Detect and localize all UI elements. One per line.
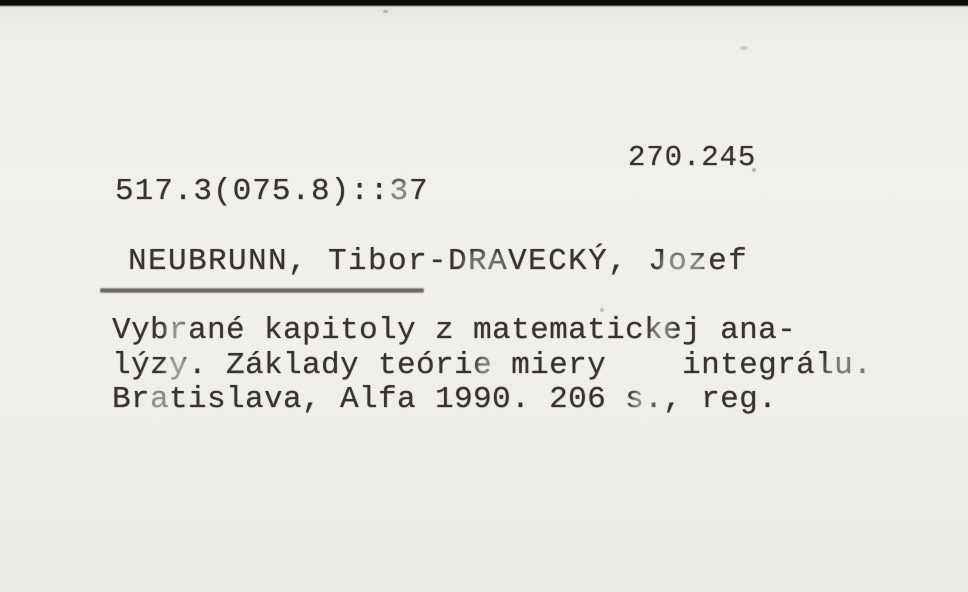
author-underline — [100, 288, 424, 293]
paper-speck — [740, 46, 748, 50]
scan-edge-bar — [0, 0, 968, 7]
scanned-catalog-card: 270.245 517.3(075.8)::37 NEUBRUNN, Tibor… — [0, 0, 968, 592]
accession-number: 270.245 — [628, 143, 756, 172]
paper-speck — [383, 10, 388, 13]
author-heading: NEUBRUNN, Tibor-DRAVECKÝ, Jozef — [128, 246, 748, 277]
classification-number: 517.3(075.8)::37 — [115, 176, 429, 207]
imprint-line: Bratislava, Alfa 1990. 206 s., reg. — [112, 384, 777, 415]
title-line-2: lýzy. Základy teórie miery integrálu. — [112, 350, 872, 381]
paper-speck — [600, 308, 604, 312]
title-line-1: Vybrané kapitoly z matematickej ana- — [112, 315, 796, 346]
